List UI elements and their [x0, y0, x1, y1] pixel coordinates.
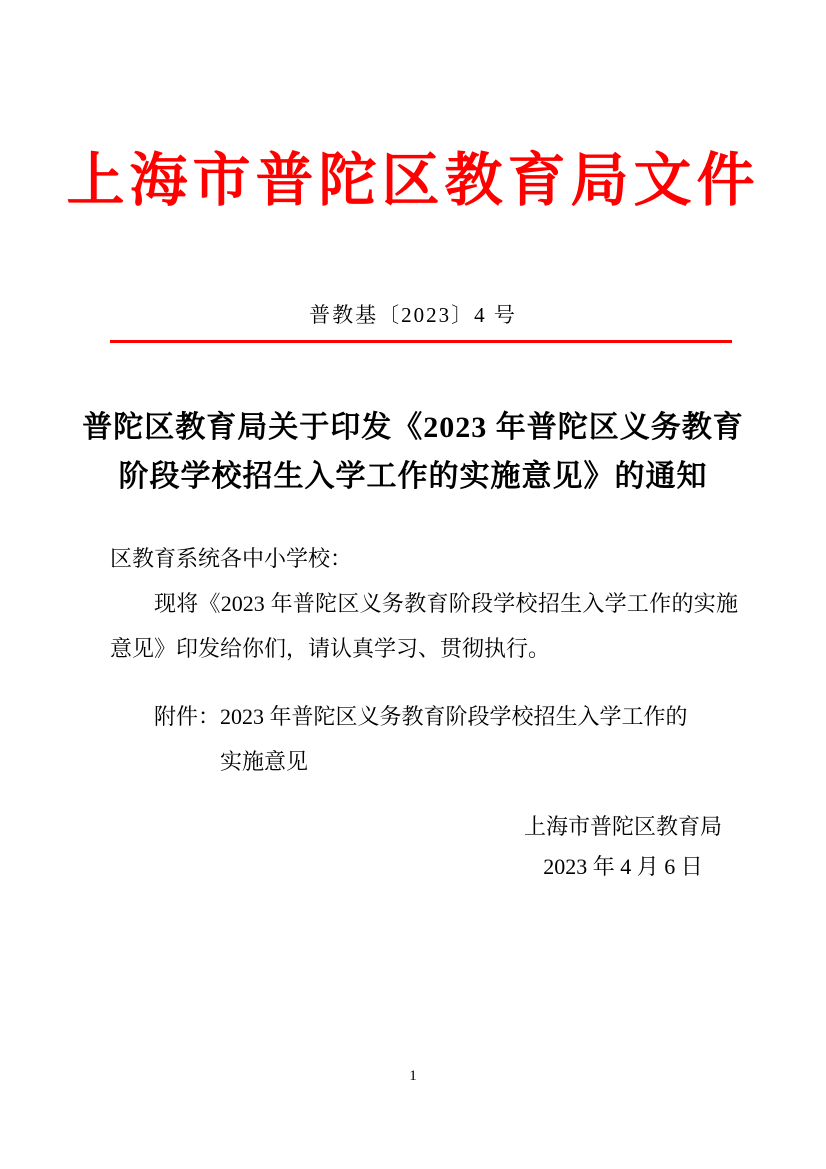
attachment-lines: 2023 年普陀区义务教育阶段学校招生入学工作的 实施意见	[220, 694, 688, 784]
attachment-label: 附件：	[154, 694, 220, 739]
signature-agency: 上海市普陀区教育局	[524, 807, 722, 847]
document-page: 上海市普陀区教育局文件 普教基〔2023〕4 号 普陀区教育局关于印发《2023…	[0, 0, 826, 1169]
page-number: 1	[0, 1066, 826, 1086]
signature-block: 上海市普陀区教育局 2023 年 4 月 6 日	[524, 807, 722, 887]
document-title: 普陀区教育局关于印发《2023 年普陀区义务教育 阶段学校招生入学工作的实施意见…	[0, 403, 826, 501]
signature-date: 2023 年 4 月 6 日	[543, 847, 703, 887]
document-title-line1: 普陀区教育局关于印发《2023 年普陀区义务教育	[0, 403, 826, 452]
document-number: 普教基〔2023〕4 号	[0, 299, 826, 331]
red-divider-line	[110, 340, 732, 343]
attachment-line1: 2023 年普陀区义务教育阶段学校招生入学工作的	[220, 694, 688, 739]
body-paragraph: 现将《2023 年普陀区义务教育阶段学校招生入学工作的实施意见》印发给你们，请认…	[110, 581, 738, 671]
attachment-block: 附件： 2023 年普陀区义务教育阶段学校招生入学工作的 实施意见	[154, 694, 688, 784]
salutation: 区教育系统各中小学校：	[110, 542, 352, 576]
document-title-line2: 阶段学校招生入学工作的实施意见》的通知	[0, 452, 826, 501]
agency-header-title: 上海市普陀区教育局文件	[0, 146, 826, 216]
attachment-line2: 实施意见	[220, 739, 688, 784]
